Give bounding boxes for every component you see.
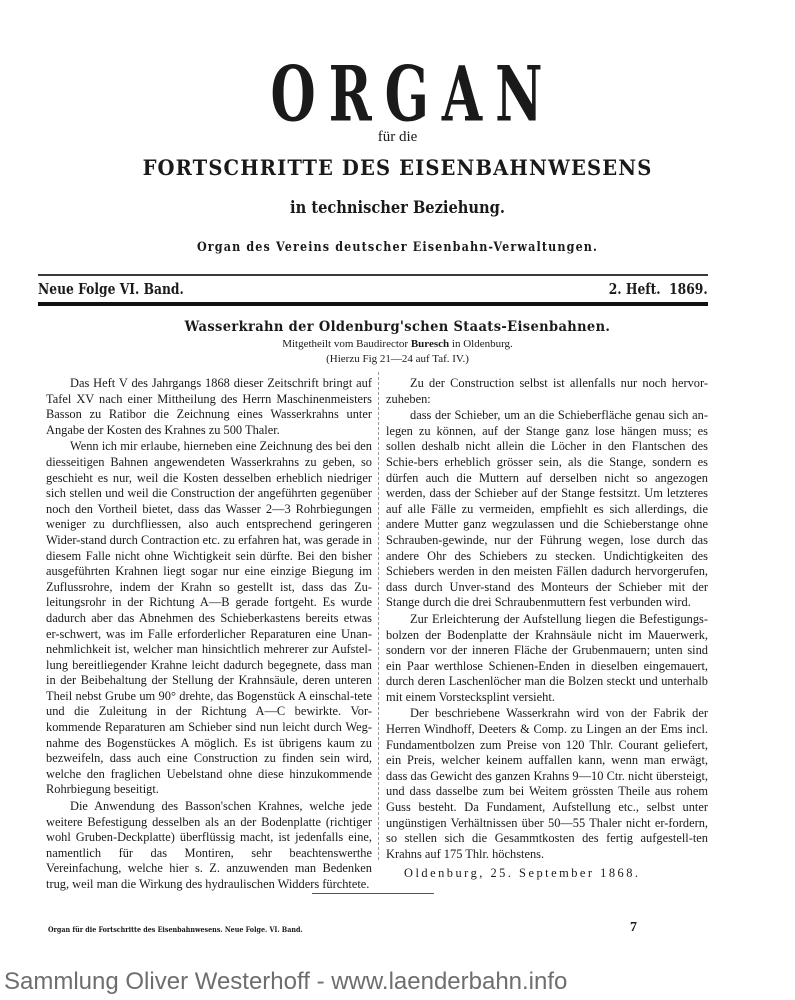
journal-tagline: in technischer Beziehung. xyxy=(56,198,740,218)
document-page: ORGAN für die FORTSCHRITTE DES EISENBAHN… xyxy=(0,0,795,1000)
article-byline: Mitgetheilt vom Baudirector Buresch in O… xyxy=(0,337,795,351)
right-column: Zu der Construction selbst ist allenfall… xyxy=(386,376,708,882)
paragraph: Zur Erleichterung der Aufstellung liegen… xyxy=(386,612,708,706)
article-title: Wasserkrahn der Oldenburg'schen Staats-E… xyxy=(28,318,767,336)
issue-number: 2. Heft. xyxy=(609,280,661,298)
page-number: 7 xyxy=(630,920,637,936)
journal-association: Organ des Vereins deutscher Eisenbahn-Ve… xyxy=(56,240,740,256)
running-footer: Organ für die Fortschritte des Eisenbahn… xyxy=(48,925,303,935)
paragraph: dass der Schieber, um an die Schieberflä… xyxy=(386,408,708,611)
issue-series: Neue Folge VI. Band. xyxy=(38,279,184,299)
collection-watermark: Sammlung Oliver Westerhoff - www.laender… xyxy=(4,968,567,996)
article-dateline: Oldenburg, 25. September 1868. xyxy=(386,866,708,882)
paragraph: Der beschriebene Wasserkrahn wird von de… xyxy=(386,706,708,862)
journal-subtitle: FORTSCHRITTE DES EISENBAHNWESENS xyxy=(28,155,767,181)
header-rule-top xyxy=(38,274,708,276)
paragraph: Wenn ich mir erlaube, hierneben eine Zei… xyxy=(46,439,372,798)
issue-year: 1869. xyxy=(669,280,708,298)
article-end-rule xyxy=(312,893,434,894)
left-column: Das Heft V des Jahrgangs 1868 dieser Zei… xyxy=(46,376,372,893)
byline-suffix: in Oldenburg. xyxy=(449,338,513,350)
header-rule-bottom xyxy=(38,302,708,306)
journal-title-connector: für die xyxy=(0,128,795,146)
byline-author: Buresch xyxy=(411,338,449,350)
paragraph: Zu der Construction selbst ist allenfall… xyxy=(386,376,708,407)
issue-number-year: 2. Heft. 1869. xyxy=(609,279,708,299)
journal-title: ORGAN xyxy=(114,52,699,136)
figure-reference: (Hierzu Fig 21—24 auf Taf. IV.) xyxy=(0,352,795,366)
paragraph: Das Heft V des Jahrgangs 1868 dieser Zei… xyxy=(46,376,372,438)
paragraph: Die Anwendung des Basson'schen Krahnes, … xyxy=(46,799,372,893)
byline-prefix: Mitgetheilt vom Baudirector xyxy=(282,338,411,350)
column-divider xyxy=(378,372,379,860)
